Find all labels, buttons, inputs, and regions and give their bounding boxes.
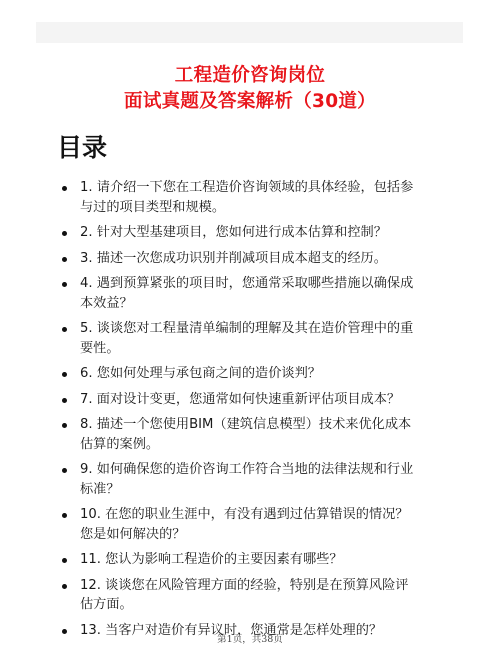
bullet-icon [62,558,67,563]
toc-item: 5. 谈谈您对工程量清单编制的理解及其在造价管理中的重要性。 [57,319,417,358]
toc-item-text: 5. 谈谈您对工程量清单编制的理解及其在造价管理中的重要性。 [80,321,413,356]
toc-item: 2. 针对大型基建项目，您如何进行成本估算和控制？ [57,223,417,243]
toc-list: 1. 请介绍一下您在工程造价咨询领域的具体经验，包括参与过的项目类型和规模。 2… [57,178,417,646]
toc-item: 6. 您如何处理与承包商之间的造价谈判？ [57,364,417,384]
title-line-1: 工程造价咨询岗位 [0,63,500,89]
top-header-bar [36,22,463,43]
toc-item-text: 3. 描述一次您成功识别并削减项目成本超支的经历。 [80,251,387,266]
toc-item: 12. 谈谈您在风险管理方面的经验，特别是在预算风险评估方面。 [57,576,417,615]
toc-item-text: 6. 您如何处理与承包商之间的造价谈判？ [80,366,321,381]
toc-heading: 目录 [57,133,107,163]
toc-item: 3. 描述一次您成功识别并削减项目成本超支的经历。 [57,249,417,269]
toc-item-text: 10. 在您的职业生涯中，有没有遇到过估算错误的情况？您是如何解决的？ [80,507,408,542]
toc-item: 8. 描述一个您使用BIM（建筑信息模型）技术来优化成本估算的案例。 [57,415,417,454]
bullet-icon [62,398,67,403]
bullet-icon [62,186,67,191]
bullet-icon [62,513,67,518]
document-title: 工程造价咨询岗位 面试真题及答案解析（30道） [0,63,500,115]
toc-item-text: 2. 针对大型基建项目，您如何进行成本估算和控制？ [80,225,387,240]
toc-item-text: 9. 如何确保您的造价咨询工作符合当地的法律法规和行业标准？ [80,462,413,497]
toc-item: 10. 在您的职业生涯中，有没有遇到过估算错误的情况？您是如何解决的？ [57,505,417,544]
bullet-icon [62,584,67,589]
bullet-icon [62,327,67,332]
toc-item-text: 11. 您认为影响工程造价的主要因素有哪些？ [80,552,343,567]
bullet-icon [62,372,67,377]
toc-item-text: 1. 请介绍一下您在工程造价咨询领域的具体经验，包括参与过的项目类型和规模。 [80,180,413,215]
toc-item: 11. 您认为影响工程造价的主要因素有哪些？ [57,550,417,570]
page-footer: 第1页，共38页 [0,631,500,645]
toc-item: 1. 请介绍一下您在工程造价咨询领域的具体经验，包括参与过的项目类型和规模。 [57,178,417,217]
toc-item: 4. 遇到预算紧张的项目时，您通常采取哪些措施以确保成本效益？ [57,274,417,313]
toc-item-text: 7. 面对设计变更，您通常如何快速重新评估项目成本？ [80,392,400,407]
bullet-icon [62,282,67,287]
toc-item-text: 8. 描述一个您使用BIM（建筑信息模型）技术来优化成本估算的案例。 [80,417,411,452]
toc-item: 7. 面对设计变更，您通常如何快速重新评估项目成本？ [57,390,417,410]
toc-item-text: 12. 谈谈您在风险管理方面的经验，特别是在预算风险评估方面。 [80,578,408,613]
toc-item-text: 4. 遇到预算紧张的项目时，您通常采取哪些措施以确保成本效益？ [80,276,413,311]
title-line-2: 面试真题及答案解析（30道） [0,89,500,115]
bullet-icon [62,231,67,236]
bullet-icon [62,468,67,473]
bullet-icon [62,257,67,262]
toc-item: 9. 如何确保您的造价咨询工作符合当地的法律法规和行业标准？ [57,460,417,499]
bullet-icon [62,423,67,428]
